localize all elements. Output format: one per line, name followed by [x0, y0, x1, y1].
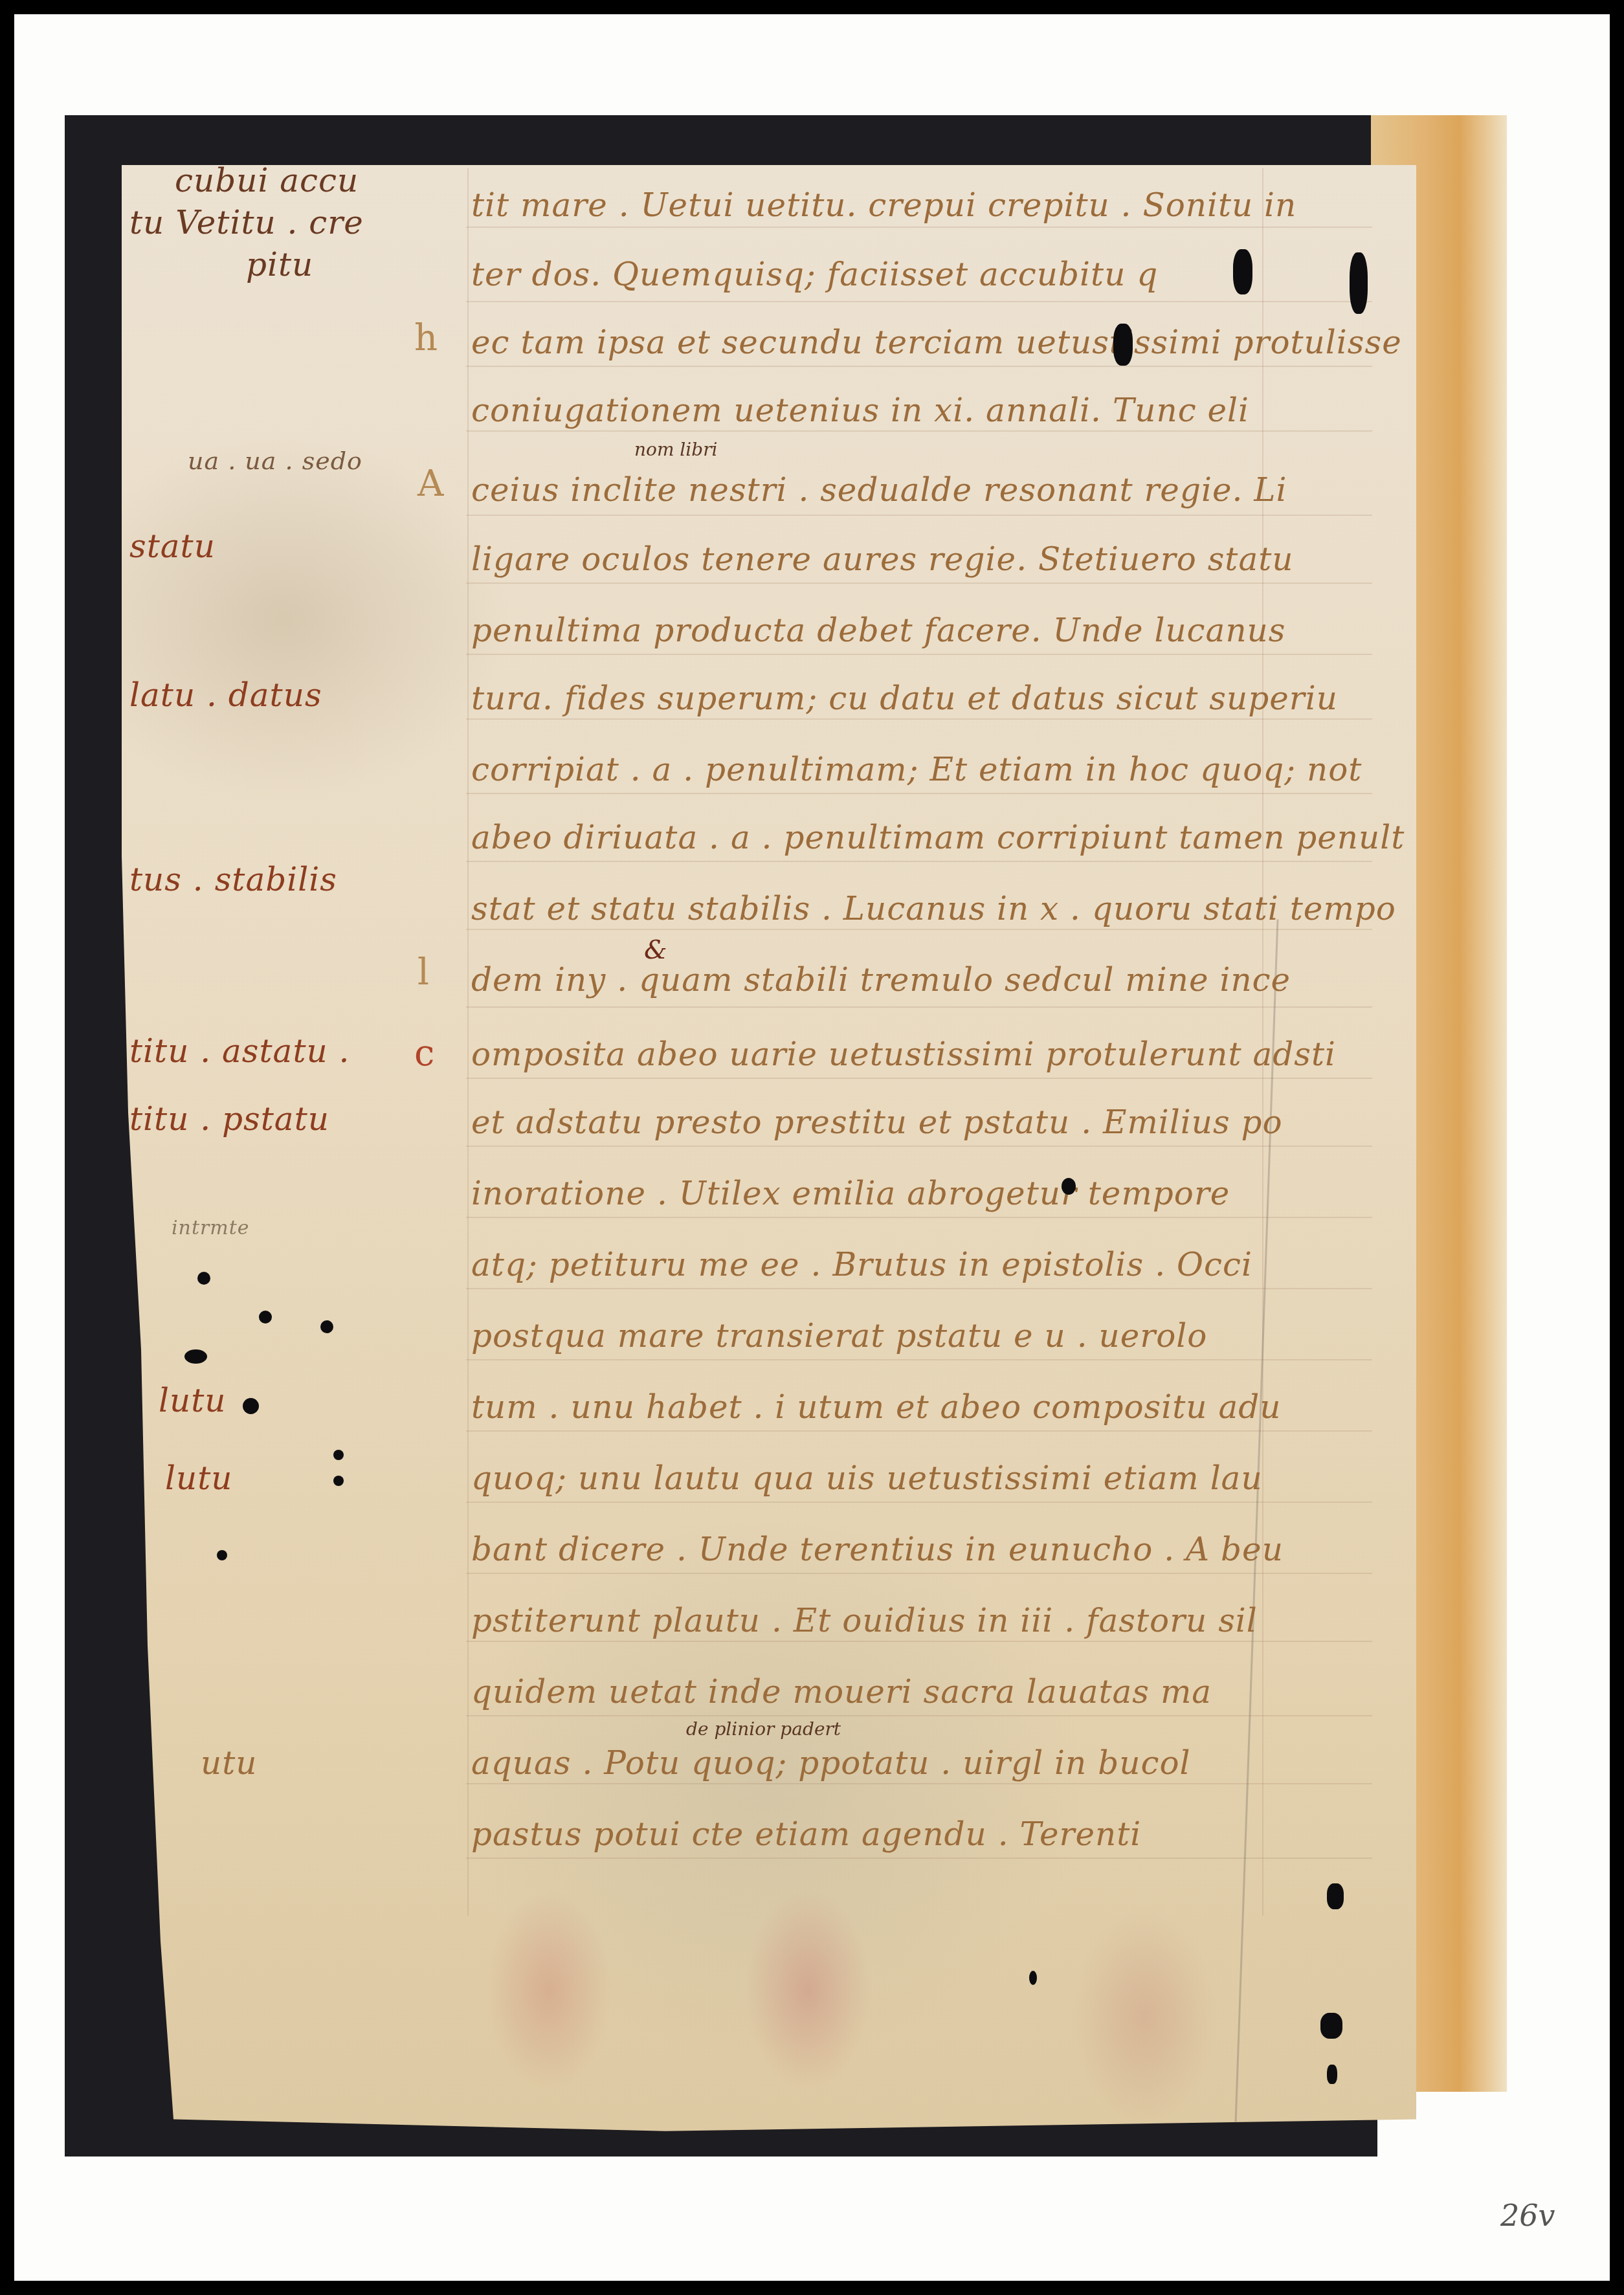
- margin-gloss: lutu: [159, 1382, 227, 1419]
- text-line: atq; petituru me ee . Brutus in epistoli…: [471, 1246, 1252, 1283]
- margin-gloss: pitu: [246, 246, 313, 283]
- text-line: coniugationem uetenius in xi. annali. Tu…: [471, 392, 1249, 429]
- text-line: pastus potui cte etiam agendu . Terenti: [471, 1815, 1141, 1853]
- margin-gloss: utu: [201, 1744, 258, 1782]
- text-line: ceius inclite nestri . sedualde resonant…: [471, 471, 1287, 509]
- margin-gloss: titu . pstatu: [129, 1100, 329, 1138]
- margin-gloss: latu . datus: [129, 676, 322, 714]
- text-line: corripiat . a . penultimam; Et etiam in …: [471, 751, 1362, 788]
- text-line: dem iny . quam stabili tremulo sedcul mi…: [471, 961, 1291, 999]
- text-line: tum . unu habet . i utum et abeo composi…: [471, 1388, 1281, 1426]
- text-line: abeo diriuata . a . penultimam corripiun…: [471, 819, 1405, 856]
- margin-gloss: lutu: [165, 1459, 233, 1497]
- text-line: quoq; unu lautu qua uis uetustissimi eti…: [471, 1459, 1263, 1497]
- interlinear-gloss: de plinior padert: [686, 1718, 841, 1740]
- text-line: et adstatu presto prestitu et pstatu . E…: [471, 1103, 1283, 1141]
- text-line: postqua mare transierat pstatu e u . uer…: [471, 1317, 1207, 1355]
- margin-gloss: ua . ua . sedo: [188, 447, 362, 475]
- text-line: tura. fides superum; cu datu et datus si…: [471, 680, 1338, 717]
- margin-gloss: tu Vetitu . cre: [129, 204, 364, 241]
- text-line: bant dicere . Unde terentius in eunucho …: [471, 1531, 1284, 1568]
- interlinear-gloss: &: [644, 935, 667, 965]
- initial-letter: h: [414, 317, 438, 359]
- margin-gloss: cubui accu: [175, 162, 359, 199]
- margin-gloss: intrmte: [172, 1217, 250, 1239]
- text-line: ligare oculos tenere aures regie. Stetiu…: [471, 540, 1293, 578]
- text-line: omposita abeo uarie uetustissimi protule…: [471, 1036, 1336, 1073]
- margin-gloss: tus . stabilis: [129, 861, 337, 898]
- text-line: ec tam ipsa et secundu terciam uetustiss…: [471, 324, 1402, 361]
- folio-number: 26v: [1500, 2198, 1555, 2233]
- initial-letter: c: [414, 1032, 434, 1074]
- text-line: pstiterunt plautu . Et ouidius in iii . …: [471, 1602, 1258, 1639]
- initial-letter: A: [417, 463, 443, 505]
- text-line: ter dos. Quemquisq; faciisset accubitu q: [471, 256, 1158, 293]
- text-line: quidem uetat inde moueri sacra lauatas m…: [471, 1673, 1212, 1711]
- text-line: inoratione . Utilex emilia abrogetur tem…: [471, 1175, 1230, 1212]
- interlinear-gloss: nom libri: [634, 439, 718, 460]
- margin-gloss: titu . astatu .: [129, 1032, 350, 1070]
- initial-letter: l: [417, 951, 429, 993]
- text-line: aquas . Potu quoq; ppotatu . uirgl in bu…: [471, 1744, 1191, 1782]
- text-line: tit mare . Uetui uetitu. crepui crepitu …: [471, 186, 1296, 224]
- margin-gloss: statu: [129, 527, 216, 565]
- text-line: stat et statu stabilis . Lucanus in x . …: [471, 890, 1396, 927]
- text-line: penultima producta debet facere. Unde lu…: [471, 612, 1285, 649]
